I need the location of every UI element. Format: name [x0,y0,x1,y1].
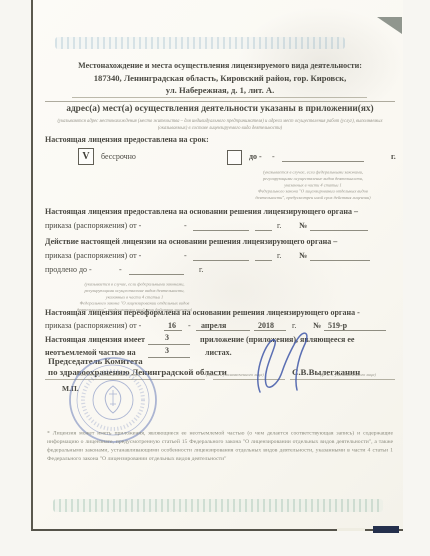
order-label-1: приказа (распоряжения) от - [45,221,141,230]
until-label: до - [249,152,262,161]
action-header: Действие настоящей лицензии на основании… [45,237,337,246]
reissue-month: апреля [201,321,226,330]
appendix-note: (указываются адрес местонахождения (мест… [45,118,395,132]
perpetual-label: бессрочно [101,152,136,161]
term-note-line: регулирующими осуществление видов деятел… [263,176,363,181]
order-number-label-2: № [299,251,307,260]
order-year-suffix-1: г. [277,221,281,230]
section-divider [45,101,395,102]
address-line-2: ул. Набережная, д. 1, лит. А. [45,85,395,95]
order-number-blank-2 [310,260,370,261]
order-year-suffix-2: г. [277,251,281,260]
folded-corner [377,17,402,34]
reissue-order-label: приказа (распоряжения) от - [45,321,141,330]
granted-header: Настоящая лицензия предоставлена на осно… [45,207,358,216]
prolonged-note-line: указанных в части 4 статьи 1 [106,294,164,299]
order-label-2: приказа (распоряжения) от - [45,251,141,260]
order-year-blank-1 [255,230,272,231]
reissue-number: 519-р [328,321,347,330]
order-number-label-1: № [299,221,307,230]
until-date-blank [282,161,364,162]
prolonged-year-suffix: г. [199,265,203,274]
term-note-line: деятельности", предусмотрен иной срок де… [255,195,370,200]
address-line-1: 187340, Ленинградская область, Кировский… [45,73,395,83]
bottom-edge-navy-mark [373,526,399,533]
attachments-count-underline [148,344,190,345]
order-dash-2: - [184,251,187,260]
checkbox-perpetual-checked: V [78,148,94,165]
order-dash-1: - [184,221,187,230]
term-note-line: Федерального закона "О лицензировании от… [258,189,368,194]
order-date-blank-1 [193,230,249,231]
address-underline [72,97,367,98]
prolonged-label: продлено до - [45,265,92,274]
scanned-license-document: Местонахождение и места осуществления ли… [0,0,430,556]
signature-icon [246,326,316,400]
guilloche-bottom-band [53,499,383,512]
handwritten-signature [246,326,316,405]
sheets-count: 3 [165,346,169,355]
reissued-header: Настоящая лицензия переоформлена на осно… [45,308,360,317]
appendix-statement: адрес(а) мест(а) осуществления деятельно… [45,104,395,114]
guilloche-top-band [55,37,345,49]
attachments-prefix: Настоящая лицензия имеет [45,335,145,344]
sheets-suffix: листах. [205,348,232,357]
bottom-border-gap [337,528,365,531]
reissue-day: 16 [168,321,176,330]
checkbox-until-empty [227,150,242,165]
order-number-blank-1 [310,230,368,231]
reissue-number-underline [324,330,386,331]
until-year-suffix: г. [391,152,396,161]
reissue-day-underline [164,330,182,331]
prolonged-date-blank [129,274,184,275]
order-date-blank-2 [193,260,249,261]
term-label: Настоящая лицензия предоставлена на срок… [45,135,209,144]
term-note-line: указанных в части 4 статьи 1 [284,182,342,187]
prolonged-dash: - [119,265,122,274]
reissue-month-underline [196,330,250,331]
prolonged-note-line: регулирующими осуществление видов деятел… [84,288,184,293]
reissue-dash: - [188,321,191,330]
order-year-blank-2 [255,260,272,261]
until-dash: - [272,152,275,161]
term-note: (указывается в случае, если федеральными… [228,169,398,201]
footnote: * Лицензия может иметь приложения, являю… [47,429,393,463]
term-note-line: (указывается в случае, если федеральными… [263,170,363,175]
location-header: Местонахождение и места осуществления ли… [45,61,395,70]
prolonged-note-line: Федерального закона "О лицензировании от… [80,301,190,306]
attachments-count: 3 [165,333,169,342]
prolonged-note-line: (указывается в случае, если федеральными… [84,282,184,287]
